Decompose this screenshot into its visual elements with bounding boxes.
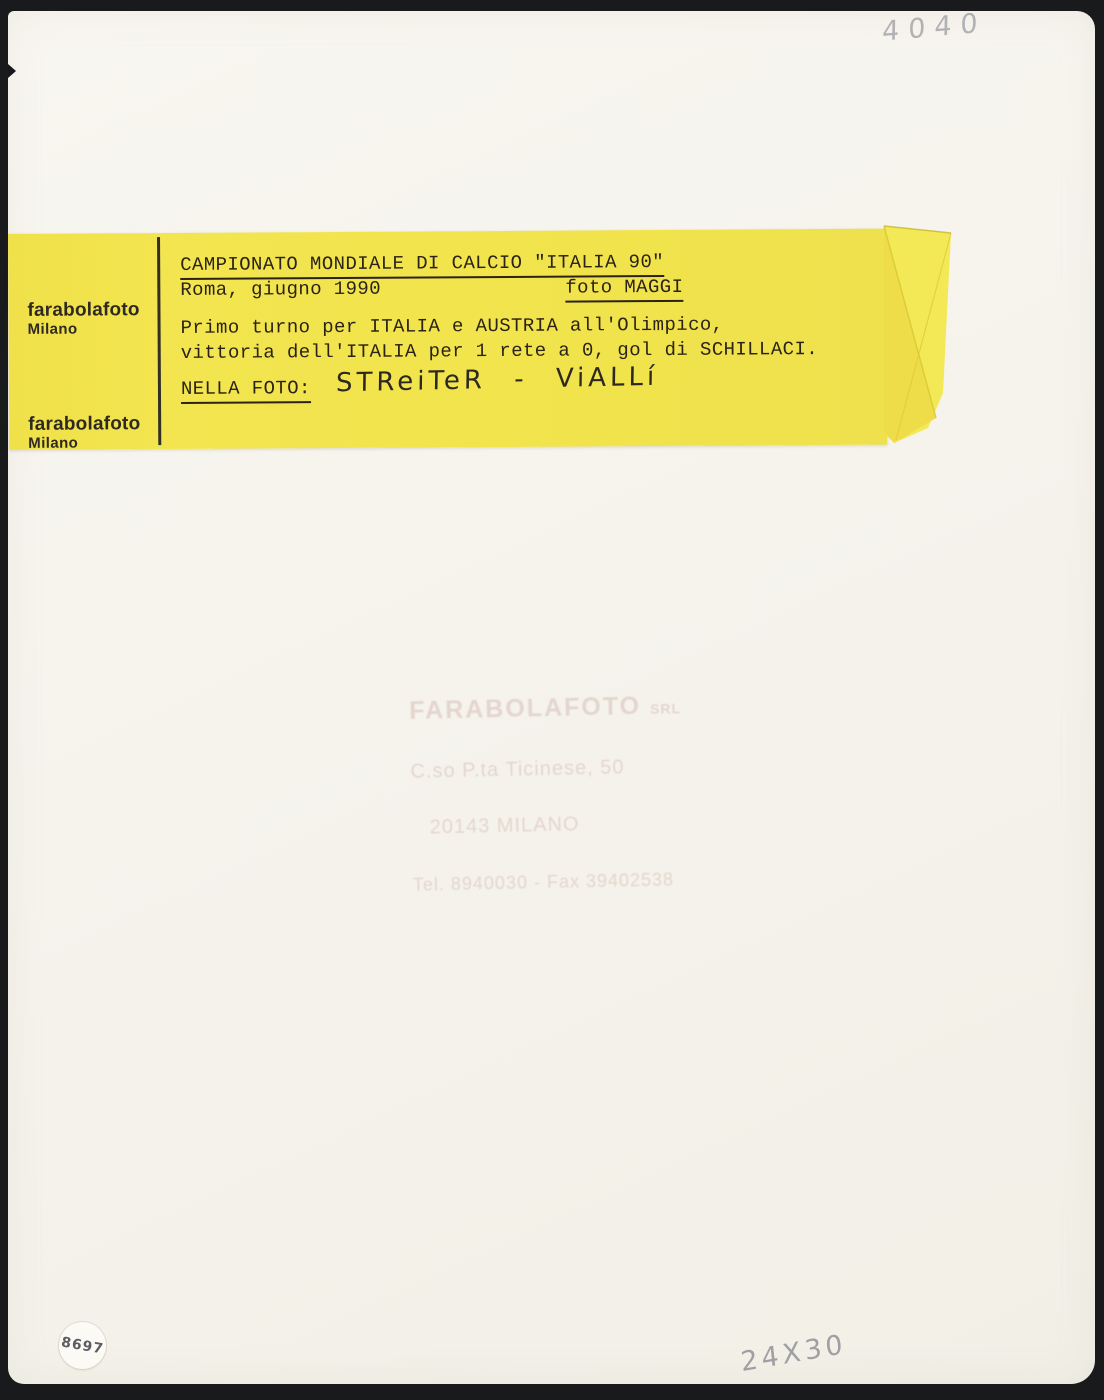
caption-line-1: Primo turno per ITALIA e AUSTRIA all'Oli…	[181, 314, 724, 339]
stamp-phone-fax: Tel. 8940030 - Fax 39402538	[413, 870, 685, 894]
caption-label-strip: farabolafoto Milano farabolafoto Milano …	[8, 229, 887, 450]
photo-credit-text: foto MAGGI	[565, 276, 683, 303]
publisher-city: Milano	[28, 320, 140, 338]
in-photo-label-text: NELLA FOTO:	[181, 377, 311, 404]
in-photo-names-handwritten: STReiTeR - ViALLí	[336, 362, 659, 398]
publisher-mark-top: farabolafoto Milano	[27, 299, 139, 338]
caption-title: CAMPIONATO MONDIALE DI CALCIO "ITALIA 90…	[180, 251, 664, 276]
stamp-address: C.so P.ta Ticinese, 50	[410, 756, 682, 782]
publisher-name: farabolafoto	[27, 299, 139, 321]
stamp-company-suffix: SRL	[650, 700, 681, 717]
stamp-city: 20143 MILANO	[429, 812, 683, 837]
caption-dateline: Roma, giugno 1990	[180, 278, 381, 301]
sticker-number: 8697	[60, 1334, 105, 1357]
archive-sticker: 8697	[59, 1322, 106, 1369]
column-divider	[157, 237, 161, 445]
publisher-mark-bottom: farabolafoto Milano	[28, 413, 140, 452]
photo-back-paper: FARABOLAFOTO SRL C.so P.ta Ticinese, 50 …	[8, 11, 1095, 1384]
publisher-name: farabolafoto	[28, 413, 140, 435]
caption-line-2: vittoria dell'ITALIA per 1 rete a 0, gol…	[181, 338, 818, 364]
photo-credit: foto MAGGI	[565, 276, 683, 299]
label-fold-flap	[868, 218, 963, 453]
stamp-company-name: FARABOLAFOTO	[409, 692, 641, 725]
stamp-company: FARABOLAFOTO SRL	[409, 693, 681, 724]
agency-stamp: FARABOLAFOTO SRL C.so P.ta Ticinese, 50 …	[408, 661, 685, 926]
in-photo-label: NELLA FOTO:	[181, 377, 311, 400]
publisher-city: Milano	[28, 434, 140, 452]
